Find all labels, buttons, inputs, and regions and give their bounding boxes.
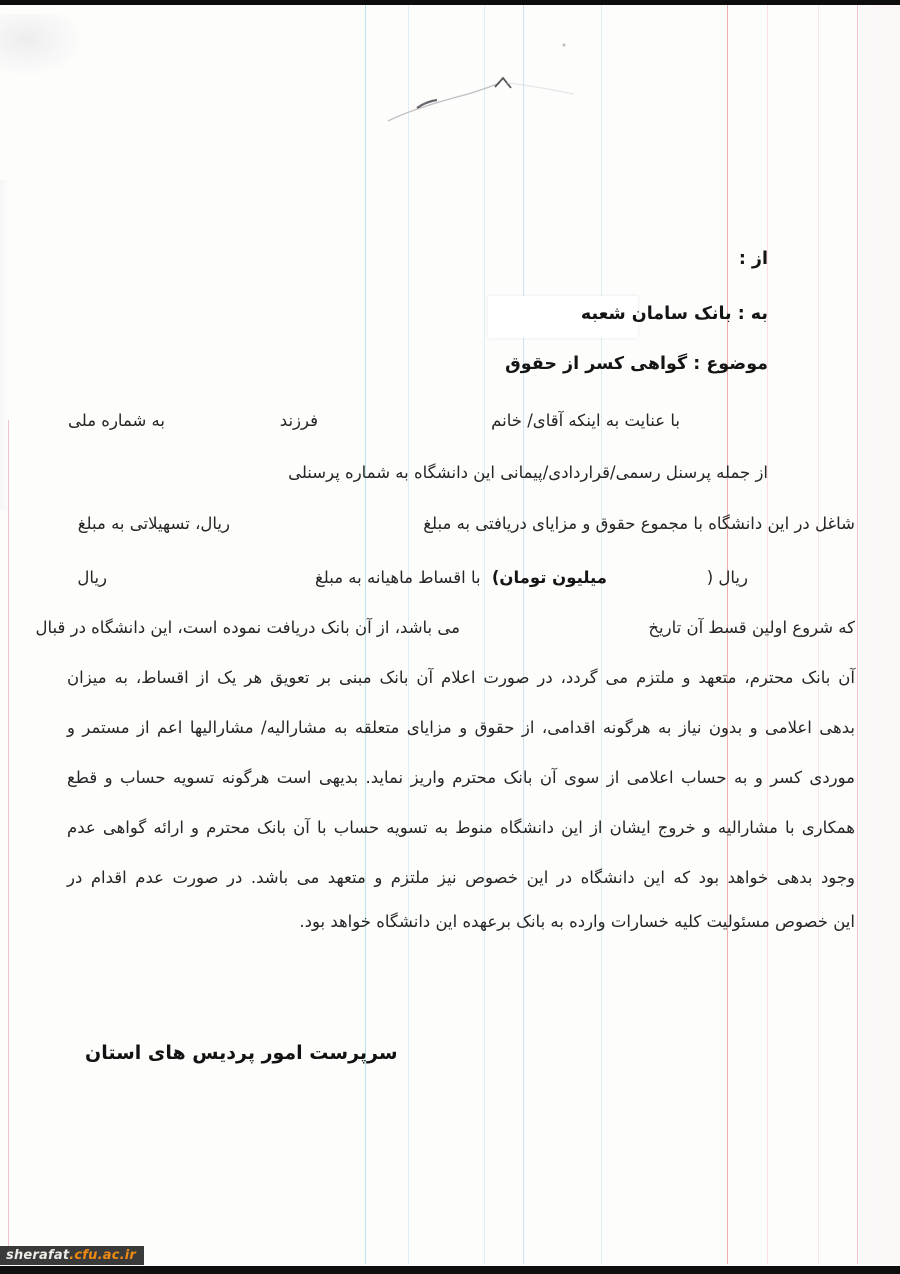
- body-line4-amount: میلیون تومان) با اقساط ماهیانه به مبلغ: [315, 564, 607, 592]
- scan-tint: [858, 5, 900, 1264]
- paragraph-line: آن بانک محترم، متعهد و ملتزم می گردد، در…: [67, 664, 855, 692]
- paragraph-line: همکاری با مشارالیه و خروج ایشان از این د…: [67, 814, 855, 842]
- installments-label: با اقساط ماهیانه به مبلغ: [315, 568, 481, 587]
- paragraph-line: موردی کسر و به حساب اعلامی از سوی آن بان…: [67, 764, 855, 792]
- scan-edge-bottom: [0, 1266, 900, 1274]
- scan-line-artifact: [8, 420, 9, 1264]
- body-line1-child-of: فرزند: [280, 407, 318, 435]
- body-line5-first-installment: که شروع اولین قسط آن تاریخ: [648, 614, 855, 642]
- scanned-letter-page: از : به : بانک سامان شعبه موضوع : گواهی …: [0, 0, 900, 1274]
- watermark-site-suffix: .cfu.ac.ir: [69, 1248, 136, 1263]
- watermark-site-prefix: sherafat: [6, 1248, 69, 1263]
- body-line1-national-id: به شماره ملی: [68, 407, 165, 435]
- subject-line: موضوع : گواهی کسر از حقوق: [505, 351, 768, 377]
- paragraph-line: وجود بدهی خواهد بود که این دانشگاه در ای…: [67, 864, 855, 892]
- scan-line-artifact: [484, 5, 485, 1264]
- scan-line-artifact: [857, 5, 858, 1264]
- scan-edge-top: [0, 0, 900, 5]
- paragraph-line: بدهی اعلامی و بدون نیاز به هرگونه اقدامی…: [67, 714, 855, 742]
- scan-smudge: [0, 14, 86, 78]
- from-line: از :: [739, 246, 768, 272]
- signature-title: سرپرست امور پردیس های استان: [85, 1042, 398, 1064]
- body-line1-intro: با عنایت به اینکه آقای/ خانم: [491, 407, 680, 435]
- million-toman-label: میلیون تومان): [492, 568, 607, 587]
- scan-line-artifact: [523, 5, 524, 1264]
- body-line3-facility: ریال، تسهیلاتی به مبلغ: [78, 510, 230, 538]
- body-line5-received: می باشد، از آن بانک دریافت نموده است، ای…: [35, 614, 460, 642]
- watermark-badge: sherafat.cfu.ac.ir: [0, 1246, 144, 1265]
- scan-line-artifact: [601, 5, 602, 1264]
- body-line4-rial-open: ریال (: [707, 564, 748, 592]
- to-line: به : بانک سامان شعبه: [581, 301, 768, 327]
- body-line2-personnel: از جمله پرسنل رسمی/قراردادی/پیمانی این د…: [288, 459, 768, 487]
- body-line3-salary: شاغل در این دانشگاه با مجموع حقوق و مزای…: [423, 510, 855, 538]
- body-line4-rial: ریال: [77, 564, 107, 592]
- paragraph-line: این خصوص مسئولیت کلیه خسارات وارده به با…: [299, 908, 855, 936]
